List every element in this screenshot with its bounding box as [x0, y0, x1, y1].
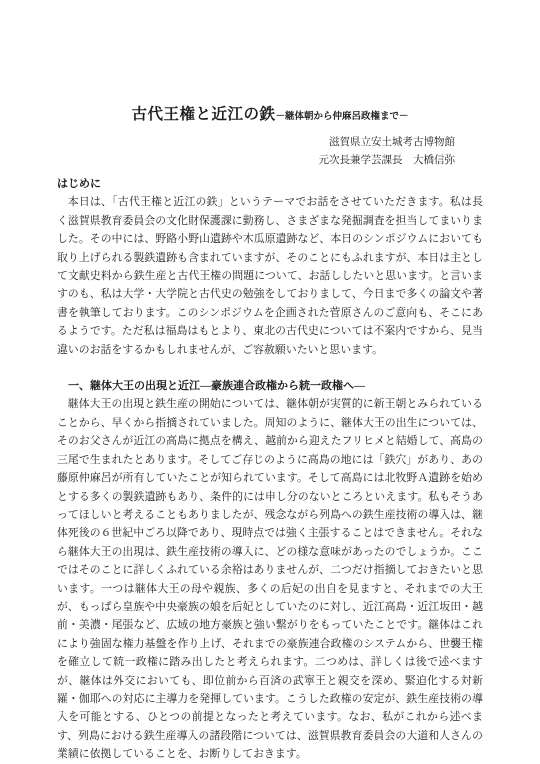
section-heading-introduction: はじめに — [57, 175, 483, 193]
author-affiliation: 滋賀県立安土城考古博物館 — [57, 134, 455, 152]
paragraph-chapter-1: 継体大王の出現と鉄生産の開始については、継体朝が実質的に新王朝とみられていること… — [57, 395, 483, 763]
paragraph-introduction: 本日は、「古代王権と近江の鉄」というテーマでお話をさせていただきます。私は長く滋… — [57, 193, 483, 359]
byline: 滋賀県立安土城考古博物館 元次長兼学芸課長 大橋信弥 — [57, 134, 483, 170]
document-title: 古代王権と近江の鉄 — [131, 106, 275, 123]
title-block: 古代王権と近江の鉄－継体朝から仲麻呂政権まで－ — [57, 102, 483, 124]
document-page: 古代王権と近江の鉄－継体朝から仲麻呂政権まで－ 滋賀県立安土城考古博物館 元次長… — [0, 0, 540, 764]
document-subtitle: －継体朝から仲麻呂政権まで－ — [276, 112, 409, 122]
author-name-line: 元次長兼学芸課長 大橋信弥 — [57, 152, 455, 170]
section-heading-chapter-1: 一、継体大王の出現と近江―豪族連合政権から統一政権へ― — [57, 377, 483, 395]
